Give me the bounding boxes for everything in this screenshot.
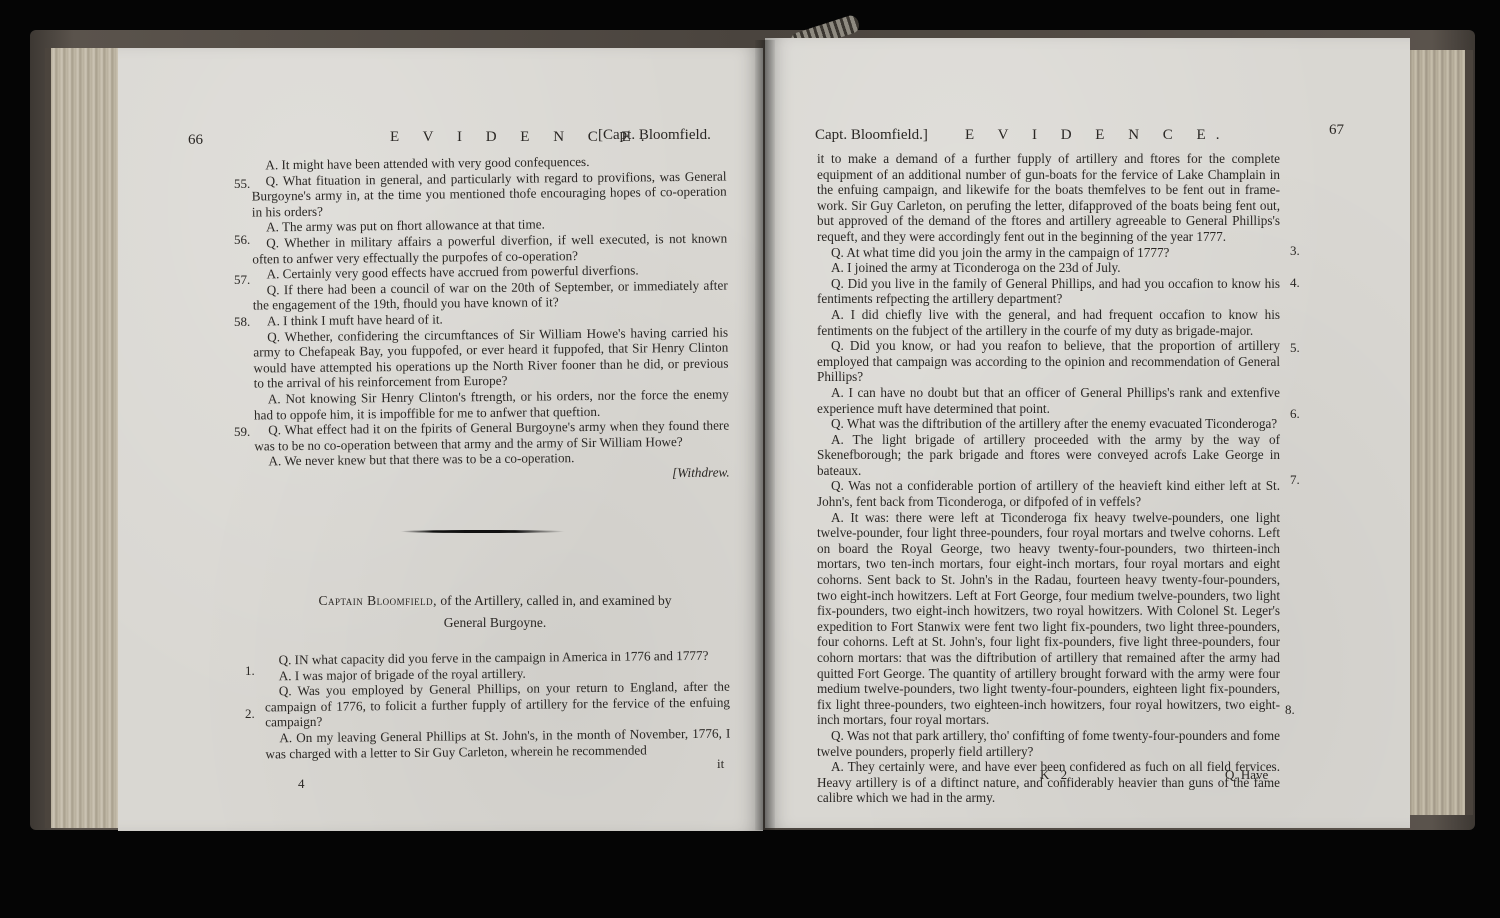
question-58: Q. Whether, confidering the circumftance…: [253, 324, 729, 391]
signature-mark: K 2: [1040, 767, 1071, 783]
heading-rest: of the Artillery, called in, and examine…: [437, 593, 672, 608]
question-2: Q. Was you employed by General Phillips,…: [265, 679, 730, 731]
running-head-right: E V I D E N C E.: [965, 127, 1229, 144]
question-7: Q. Was not a confiderable portion of art…: [817, 478, 1280, 509]
question-number: 7.: [1290, 472, 1300, 488]
question-number: 6.: [1290, 406, 1300, 422]
question-8: Q. Was not that park artillery, tho' con…: [817, 728, 1280, 759]
continued-answer: it to make a demand of a further fupply …: [817, 151, 1280, 245]
question-number: 56.: [234, 232, 250, 248]
question-number: 8.: [1285, 702, 1295, 718]
question-number: 58.: [234, 314, 250, 330]
question-number: 1.: [245, 663, 255, 679]
page-edges-right: [1405, 50, 1473, 815]
heading-name: Captain Bloomfield,: [318, 593, 437, 608]
question-6: Q. What was the diftribution of the arti…: [817, 416, 1280, 432]
question-56: Q. Whether in military affairs a powerfu…: [252, 230, 727, 266]
left-page-body-2: Q. IN what capacity did you ferve in the…: [264, 648, 730, 762]
question-number: 3.: [1290, 243, 1300, 259]
right-page-body: it to make a demand of a further fupply …: [817, 151, 1280, 806]
question-number: 4.: [1290, 275, 1300, 291]
answer: A. I can have no doubt but that an offic…: [817, 385, 1280, 416]
page-number-left: 66: [188, 132, 203, 149]
gutter: [755, 40, 775, 830]
question-57: Q. If there had been a council of war on…: [253, 277, 728, 313]
answer: A. It was: there were left at Ticonderog…: [817, 510, 1280, 728]
signature-mark: 4: [298, 776, 305, 792]
question-55: Q. What fituation in general, and partic…: [251, 168, 726, 220]
answer: A. On my leaving General Phillips at St.…: [265, 726, 730, 762]
section-heading: Captain Bloomfield, of the Artillery, ca…: [250, 590, 740, 634]
answer: A. The light brigade of artillery procee…: [817, 432, 1280, 479]
question-3: Q. At what time did you join the army in…: [817, 245, 1280, 261]
running-head-right-name: Capt. Bloomfield.]: [815, 127, 928, 144]
left-page-body: A. It might have been attended with very…: [251, 153, 729, 485]
question-4: Q. Did you live in the family of General…: [817, 276, 1280, 307]
question-number: 57.: [234, 272, 250, 288]
question-59: Q. What effect had it on the fpirits of …: [254, 418, 729, 454]
question-number: 59.: [234, 424, 250, 440]
answer: A. I joined the army at Ticonderoga on t…: [817, 260, 1280, 276]
question-5: Q. Did you know, or had you reafon to be…: [817, 338, 1280, 385]
page-number-right: 67: [1329, 122, 1344, 139]
answer: A. Not knowing Sir Henry Clinton's ftren…: [254, 386, 729, 422]
page-edges-left: [45, 48, 129, 828]
catchword: Q. Have: [1225, 767, 1268, 783]
catchword: it: [717, 756, 724, 772]
answer: A. I did chiefly live with the general, …: [817, 307, 1280, 338]
section-divider: [400, 530, 565, 533]
heading-line2: General Burgoyne.: [250, 612, 740, 634]
question-number: 55.: [234, 176, 250, 192]
question-number: 2.: [245, 706, 255, 722]
question-number: 5.: [1290, 340, 1300, 356]
running-head-left-name: [Capt. Bloomfield.: [598, 127, 711, 144]
